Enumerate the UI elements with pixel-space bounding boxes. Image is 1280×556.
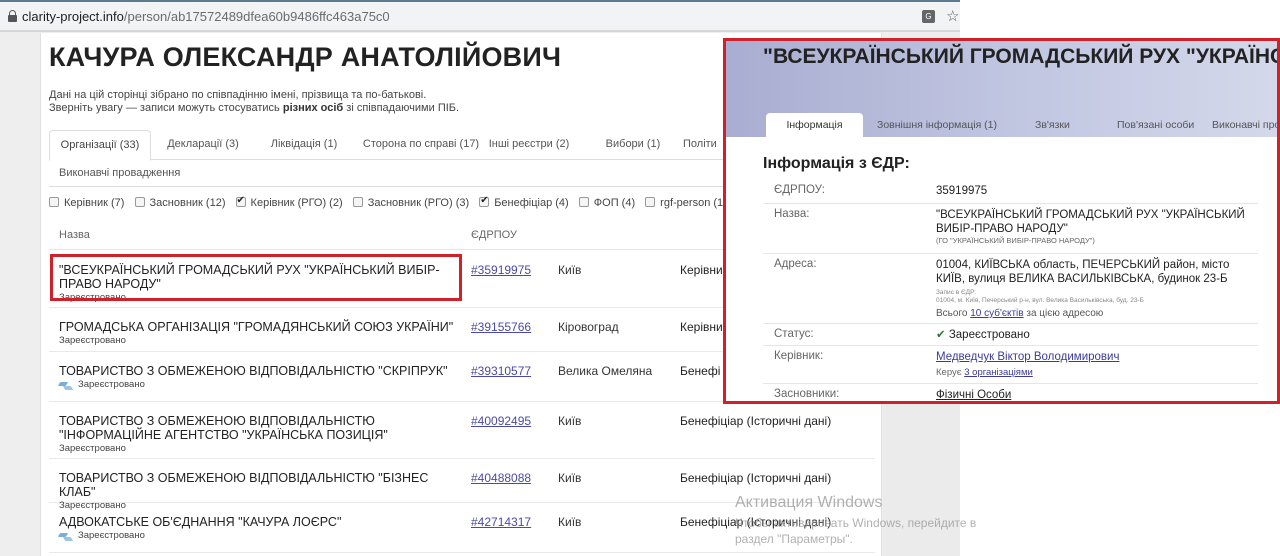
filter-beneficiary[interactable]: Бенефіціар (4) — [479, 197, 569, 209]
org-detail-panel: "ВСЕУКРАЇНСЬКИЙ ГРОМАДСЬКИЙ РУХ "УКРАЇНС… — [723, 38, 1280, 404]
tabs-divider — [49, 186, 839, 187]
windows-activation-watermark: Активация Windows Чтобы активировать Win… — [735, 494, 976, 547]
org-name[interactable]: ТОВАРИСТВО З ОБМЕЖЕНОЮ ВІДПОВІДАЛЬНІСТЮ … — [59, 364, 459, 378]
field-short-name: (ГО "УКРАЇНСЬКИЙ ВИБІР-ПРАВО НАРОДУ") — [936, 236, 1256, 246]
field-label: Керівник: — [774, 350, 823, 362]
head-manages: Керує 3 організаціями — [936, 366, 1256, 380]
filter-founder-rgo[interactable]: Засновник (РГО) (3) — [353, 197, 469, 209]
org-role: Бенефі — [680, 364, 720, 378]
org-name[interactable]: ТОВАРИСТВО З ОБМЕЖЕНОЮ ВІДПОВІДАЛЬНІСТЮ … — [59, 471, 459, 499]
role-filters: Керівник (7) Засновник (12) Керівник (РГ… — [49, 197, 734, 209]
column-code: ЄДРПОУ — [471, 229, 517, 241]
category-tabs: Організації (33) Декларації (3) Ліквідац… — [49, 130, 839, 160]
address-total: Всього 10 суб'єктів за цією адресою — [936, 307, 1256, 321]
tab-info[interactable]: Інформація — [766, 113, 863, 140]
org-name[interactable]: ТОВАРИСТВО З ОБМЕЖЕНОЮ ВІДПОВІДАЛЬНІСТЮ … — [59, 414, 459, 442]
field-label: Адреса: — [774, 258, 817, 270]
org-code-link[interactable]: #35919975 — [471, 263, 531, 277]
checkbox[interactable] — [579, 197, 589, 207]
field-label: ЄДРПОУ: — [774, 184, 825, 196]
highlight-box-row — [50, 254, 462, 301]
field-status: Статус: ✔ Зареєстровано — [763, 324, 1258, 346]
page-title: КАЧУРА ОЛЕКСАНДР АНАТОЛІЙОВИЧ — [49, 42, 561, 73]
field-code: ЄДРПОУ: 35919975 — [763, 180, 1258, 204]
field-label: Назва: — [774, 208, 809, 220]
tab-court-party[interactable]: Сторона по справі (17) — [357, 130, 485, 160]
column-name: Назва — [59, 229, 90, 241]
tab-enforcement[interactable]: Виконавчі прова — [1212, 113, 1280, 140]
lock-icon — [8, 10, 17, 22]
manages-orgs-link[interactable]: 3 організаціями — [964, 367, 1033, 378]
org-city: Київ — [558, 414, 581, 428]
tab-connections[interactable]: Зв'язки — [1035, 113, 1070, 140]
tab-liquidation[interactable]: Ліквідація (1) — [259, 130, 349, 160]
tab-enforcement[interactable]: Виконавчі провадження — [59, 167, 180, 179]
notice-line-1: Дані на цій сторінці зібрано по співпаді… — [49, 89, 459, 102]
checkbox-checked[interactable] — [236, 197, 246, 207]
checkbox[interactable] — [135, 197, 145, 207]
filter-head[interactable]: Керівник (7) — [49, 197, 124, 209]
notice-emphasis: різних осіб — [283, 102, 343, 114]
tab-related-persons[interactable]: Пов'язані особи — [1117, 113, 1194, 140]
field-value: "ВСЕУКРАЇНСЬКИЙ ГРОМАДСЬКИЙ РУХ "УКРАЇНС… — [936, 208, 1256, 236]
url-host: clarity-project.info — [22, 9, 124, 24]
field-head: Керівник: Медведчук Віктор Володимирович… — [763, 346, 1258, 384]
org-code-link[interactable]: #40488088 — [471, 471, 531, 485]
check-icon: ✔ — [936, 329, 946, 341]
org-status: Зареєстровано — [59, 443, 459, 455]
org-role: Бенефіціар (Історичні дані) — [680, 414, 831, 428]
tab-other-registries[interactable]: Інші реєстри (2) — [487, 130, 571, 160]
org-status: Зареєстровано — [59, 530, 459, 542]
tab-declarations[interactable]: Декларації (3) — [155, 130, 251, 160]
org-city: Київ — [558, 471, 581, 485]
browser-toolbar: clarity-project.info/person/ab17572489df… — [0, 0, 960, 32]
section-title: Інформація з ЄДР: — [763, 155, 910, 173]
field-address: Адреса: 01004, КИЇВСЬКА область, ПЕЧЕРСЬ… — [763, 254, 1258, 324]
org-status: Зареєстровано — [59, 335, 459, 347]
address-bar[interactable]: clarity-project.info/person/ab17572489df… — [22, 9, 390, 24]
tab-organizations[interactable]: Організації (33) — [49, 130, 151, 161]
record-value: 01004, м. Київ, Печерський р-н, вул. Вел… — [936, 297, 1256, 305]
org-role: Бенефіціар (Історичні дані) — [680, 471, 831, 485]
notice-line-2: Зверніть увагу — записи можуть стосувати… — [49, 102, 459, 115]
screenshot: clarity-project.info/person/ab17572489df… — [0, 0, 1280, 556]
org-role: Керівник — [680, 320, 728, 334]
field-value: 01004, КИЇВСЬКА область, ПЕЧЕРСЬКИЙ райо… — [936, 258, 1256, 286]
filter-rgf-person[interactable]: rgf-person (1) — [645, 197, 727, 209]
filter-fop[interactable]: ФОП (4) — [579, 197, 635, 209]
checkbox[interactable] — [49, 197, 59, 207]
org-city: Кіровоград — [558, 320, 619, 334]
org-city: Велика Омеляна — [558, 364, 652, 378]
field-value: 35919975 — [936, 184, 1256, 198]
filter-head-rgo[interactable]: Керівник (РГО) (2) — [236, 197, 343, 209]
checkbox[interactable] — [645, 197, 655, 207]
org-city: Київ — [558, 263, 581, 277]
org-code-link[interactable]: #40092495 — [471, 414, 531, 428]
tab-elections[interactable]: Вибори (1) — [597, 130, 669, 160]
notice-text: Дані на цій сторінці зібрано по співпаді… — [49, 89, 459, 115]
record-label: Запис в ЄДР: — [936, 289, 1256, 297]
org-code-link[interactable]: #39310577 — [471, 364, 531, 378]
field-name: Назва: "ВСЕУКРАЇНСЬКИЙ ГРОМАДСЬКИЙ РУХ "… — [763, 204, 1258, 254]
org-code-link[interactable]: #39155766 — [471, 320, 531, 334]
org-code-link[interactable]: #42714317 — [471, 515, 531, 529]
tab-external-info[interactable]: Зовнішня інформація (1) — [877, 113, 997, 140]
field-founders: Засновники: Фізичні Особи — [763, 384, 1258, 404]
sync-icon — [59, 532, 74, 541]
url-path: /person/ab17572489dfea60b9486ffc463a75c0 — [124, 9, 390, 24]
field-label: Статус: — [774, 328, 814, 340]
address-subjects-link[interactable]: 10 суб'єктів — [970, 308, 1023, 319]
org-status: Зареєстровано — [59, 379, 459, 391]
checkbox-checked[interactable] — [479, 197, 489, 207]
org-city: Київ — [558, 515, 581, 529]
checkbox[interactable] — [353, 197, 363, 207]
sync-icon — [59, 381, 74, 390]
org-name[interactable]: ГРОМАДСЬКА ОРГАНІЗАЦІЯ "ГРОМАДЯНСЬКИЙ СО… — [59, 320, 459, 334]
translate-icon[interactable]: G — [922, 10, 935, 23]
org-title: "ВСЕУКРАЇНСЬКИЙ ГРОМАДСЬКИЙ РУХ "УКРАЇНС… — [763, 45, 1280, 69]
field-label: Засновники: — [774, 388, 839, 400]
head-person-link[interactable]: Медведчук Віктор Володимирович — [936, 351, 1119, 363]
filter-founder[interactable]: Засновник (12) — [135, 197, 226, 209]
org-role: Керівник — [680, 263, 728, 277]
star-icon[interactable]: ☆ — [946, 7, 959, 25]
table-row[interactable]: ТОВАРИСТВО З ОБМЕЖЕНОЮ ВІДПОВІДАЛЬНІСТЮ … — [49, 402, 875, 459]
field-value: ✔ Зареєстровано — [936, 328, 1256, 342]
founders-link[interactable]: Фізичні Особи — [936, 388, 1256, 402]
org-name[interactable]: АДВОКАТСЬКЕ ОБ'ЄДНАННЯ "КАЧУРА ЛОЄРС" — [59, 515, 459, 529]
